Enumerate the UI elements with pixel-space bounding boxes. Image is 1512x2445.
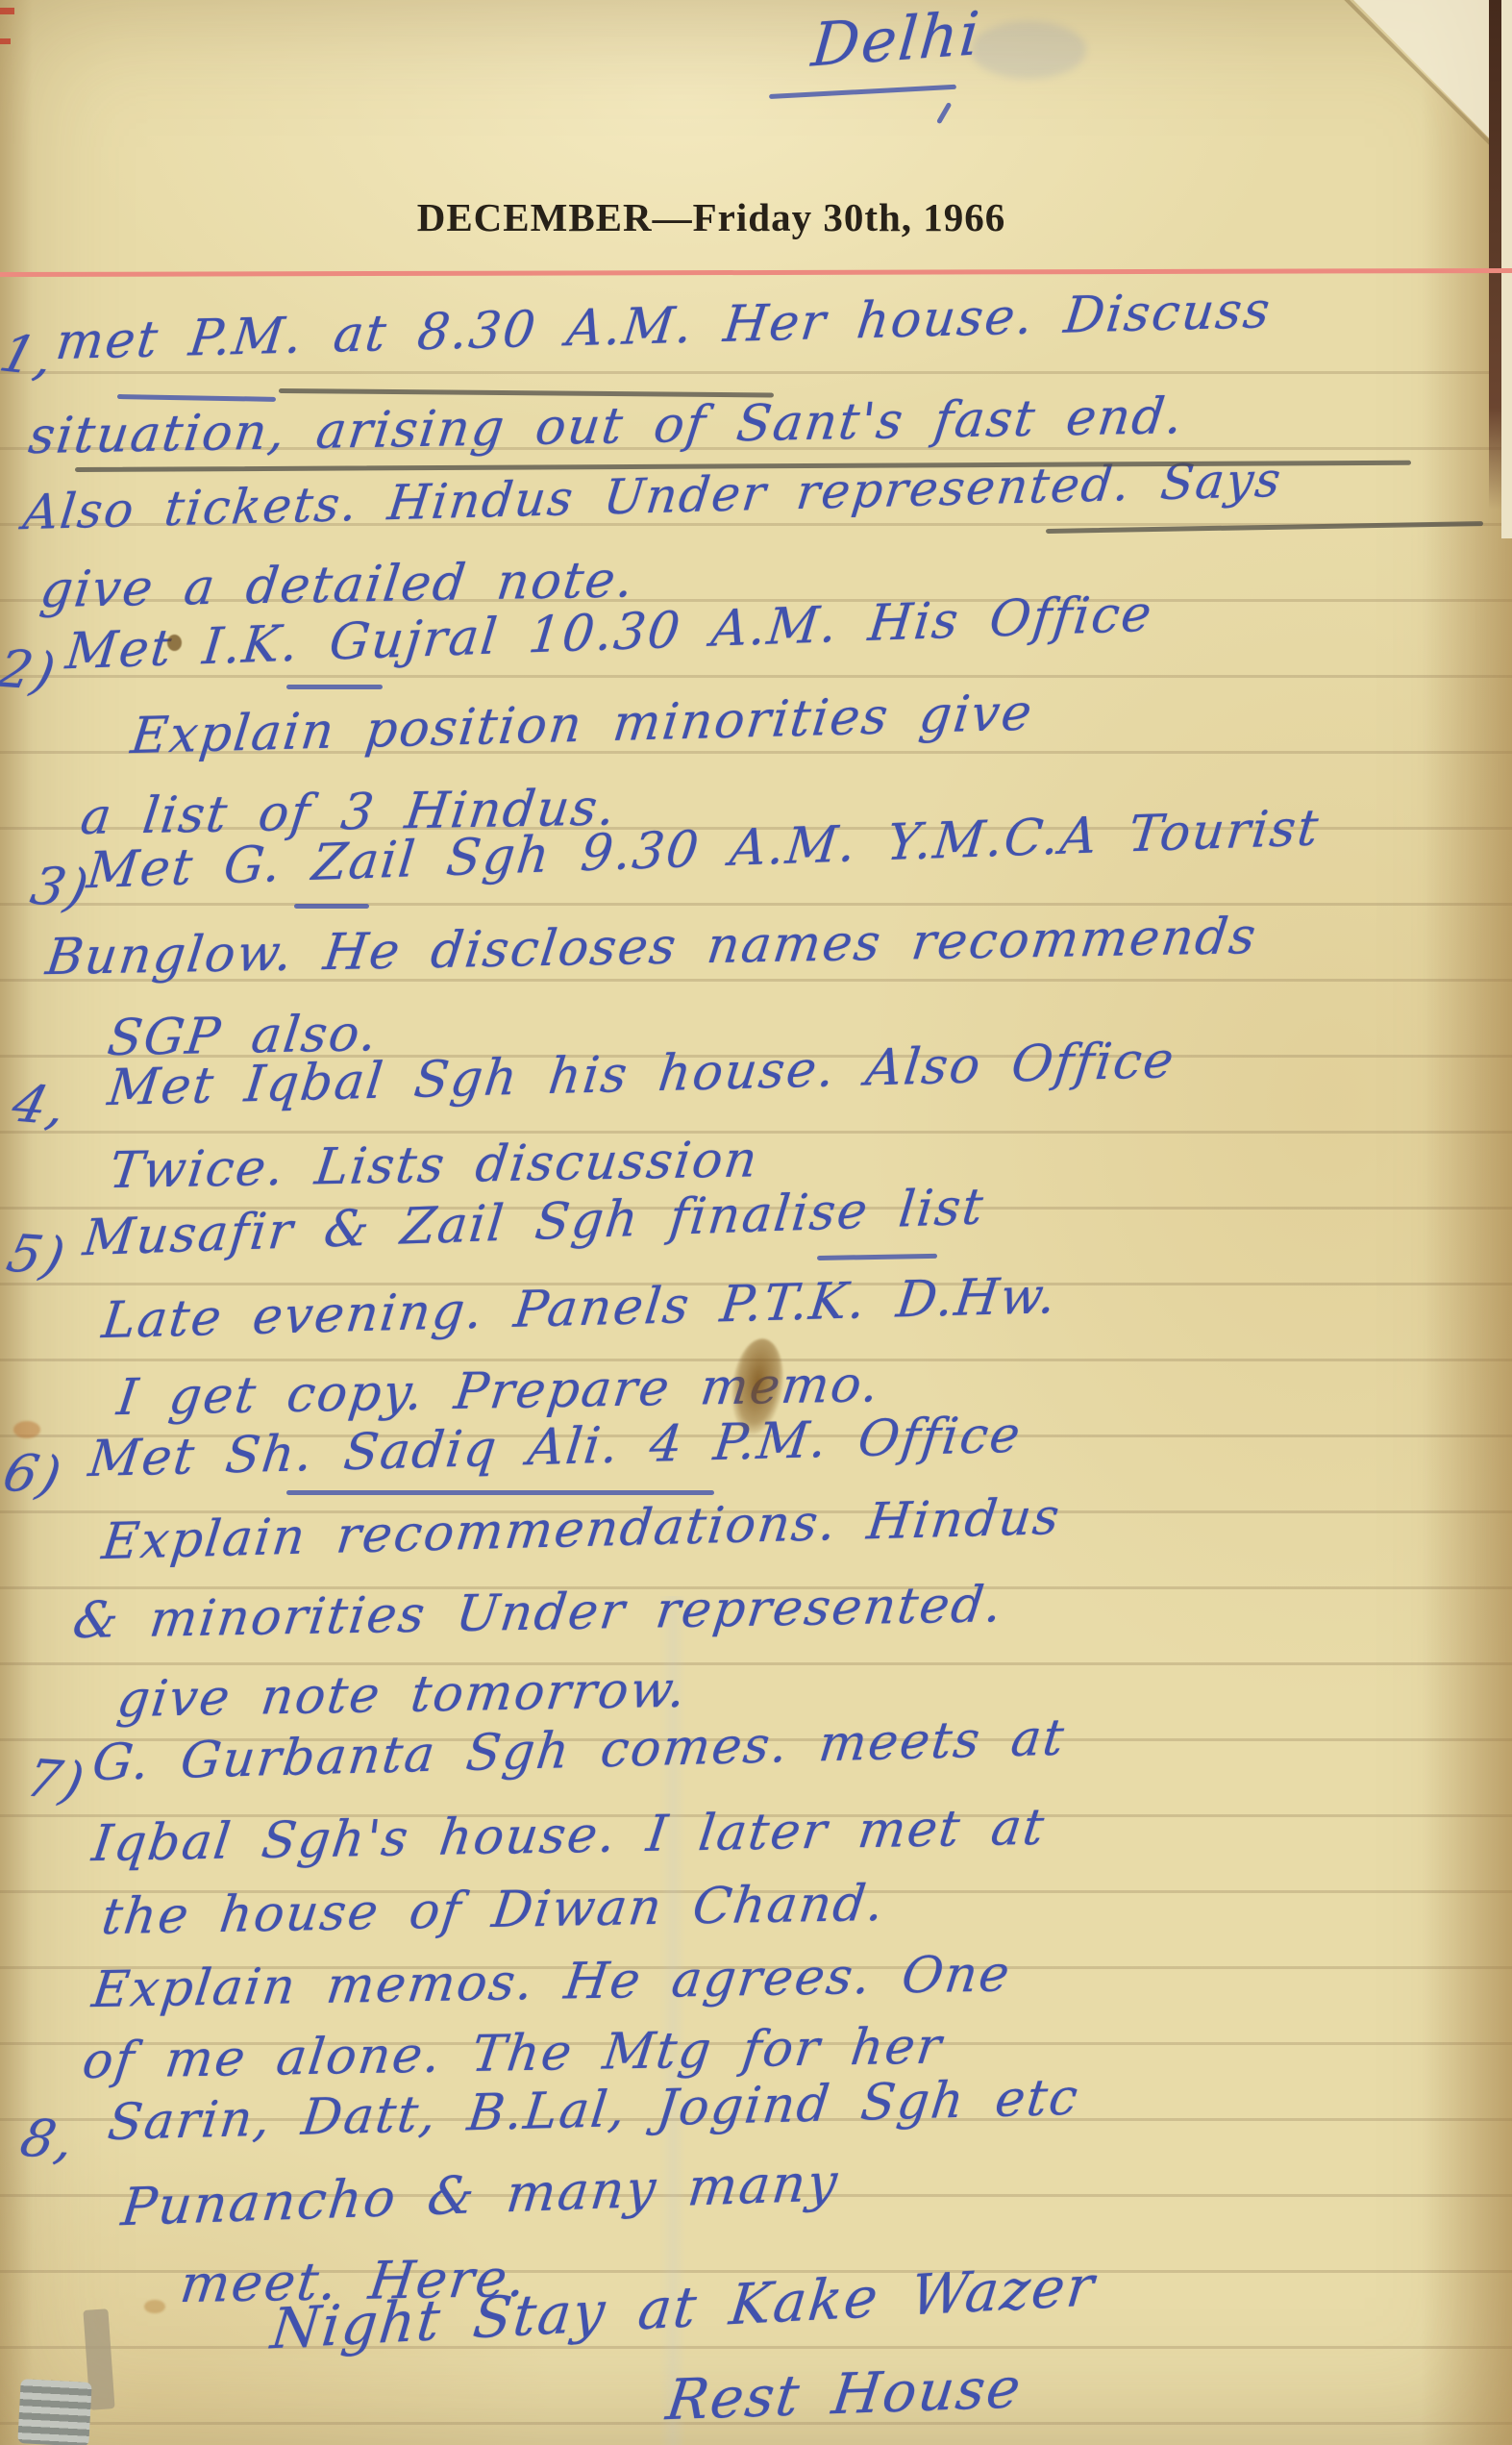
diary-line: Explain position minorities give bbox=[128, 684, 1036, 765]
underline-pencil bbox=[279, 388, 774, 397]
diary-line: Iqbal Sgh's house. I later met at bbox=[89, 1799, 1049, 1873]
diary-line: give note tomorrow. bbox=[114, 1661, 691, 1729]
entry-number: 5) bbox=[2, 1223, 73, 1286]
underline-pencil bbox=[1046, 521, 1483, 534]
diary-line: the house of Diwan Chand. bbox=[99, 1875, 889, 1946]
diary-page: DECEMBER—Friday 30th, 1966 Delhi 1, met … bbox=[0, 0, 1512, 2445]
small-stain bbox=[144, 2300, 165, 2313]
entry-number: 2) bbox=[0, 638, 62, 702]
underline-ink bbox=[286, 1490, 714, 1495]
entry-number: 1, bbox=[0, 323, 62, 387]
diary-line: met P.M. at 8.30 A.M. Her house. Discuss bbox=[53, 282, 1275, 371]
diary-line: Punancho & many many bbox=[118, 2152, 842, 2237]
diary-line: Explain memos. He agrees. One bbox=[89, 1945, 1015, 2019]
diary-line: Explain recommendations. Hindus bbox=[99, 1488, 1064, 1571]
diary-line: & minorities Under represented. bbox=[70, 1576, 1007, 1650]
header-rule-line bbox=[0, 268, 1512, 277]
underline-ink bbox=[286, 685, 383, 689]
diary-line: Bunglow. He discloses names recommends bbox=[43, 908, 1261, 986]
diary-line: Late evening. Panels P.T.K. D.Hw. bbox=[99, 1267, 1060, 1350]
location-note: Delhi bbox=[809, 0, 984, 81]
diary-line: Rest House bbox=[663, 2355, 1027, 2433]
entry-number: 7) bbox=[21, 1748, 92, 1811]
page-title: DECEMBER—Friday 30th, 1966 bbox=[384, 194, 1038, 240]
underline-location bbox=[769, 85, 956, 99]
paper-clip bbox=[17, 2379, 91, 2445]
ink-smudge bbox=[971, 21, 1086, 79]
red-edge-mark bbox=[0, 38, 11, 44]
red-edge-mark bbox=[0, 8, 14, 14]
binding-gutter-shadow bbox=[1489, 0, 1501, 510]
underline-location-tick bbox=[936, 102, 952, 124]
underline-ink bbox=[817, 1254, 937, 1260]
entry-number: 6) bbox=[0, 1442, 68, 1506]
underline-ink bbox=[117, 394, 276, 402]
underline-ink bbox=[294, 904, 369, 909]
